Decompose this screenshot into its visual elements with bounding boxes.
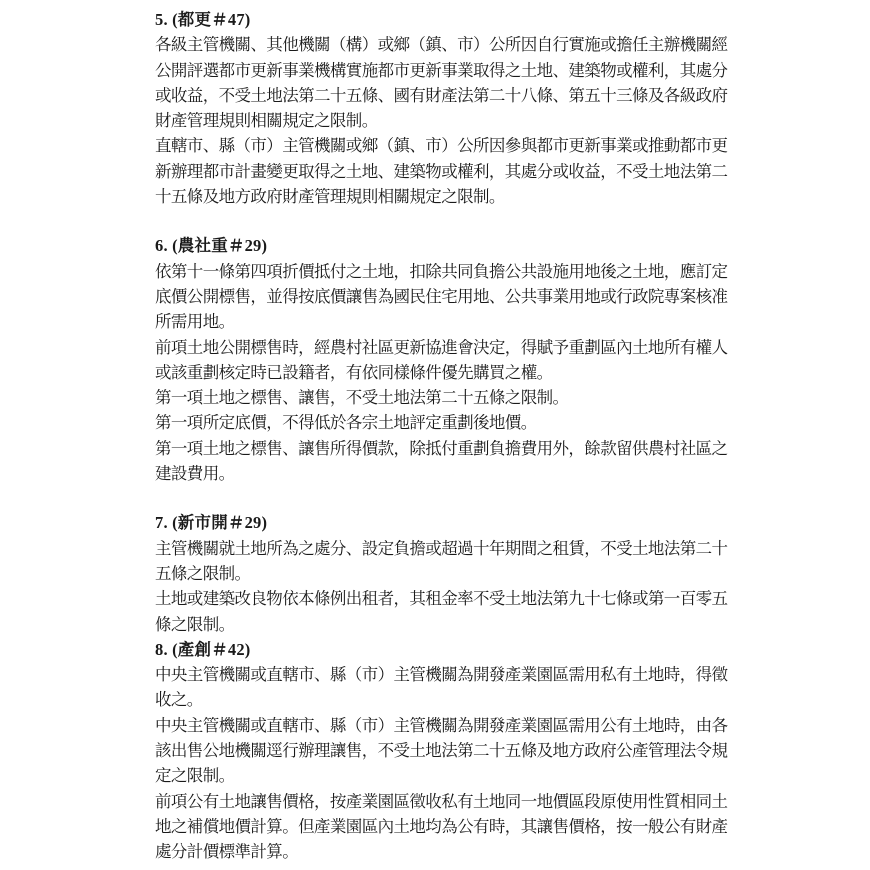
text-line: 前項土地公開標售時，經農村社區更新協進會決定，得賦予重劃區內土地所有權人 — [155, 335, 740, 360]
text-line: 土地或建築改良物依本條例出租者，其租金率不受土地法第九十七條或第一百零五 — [155, 586, 740, 611]
text-line: 財產管理規則相關規定之限制。 — [155, 108, 740, 133]
text-line: 處分計價標準計算。 — [155, 839, 740, 864]
section-heading: 5. (都更＃47) — [155, 7, 740, 32]
section-7: 7. (新市開＃29) 主管機關就土地所為之處分、設定負擔或超過十年期間之租賃，… — [155, 510, 740, 636]
text-line: 新辦理都市計畫變更取得之土地、建築物或權利，其處分或收益，不受土地法第二 — [155, 159, 740, 184]
section-heading: 6. (農社重＃29) — [155, 233, 740, 258]
text-line: 各級主管機關、其他機關（構）或鄉（鎮、市）公所因自行實施或擔任主辦機關經 — [155, 32, 740, 57]
text-line: 第一項土地之標售、讓售所得價款，除抵付重劃負擔費用外，餘款留供農村社區之 — [155, 436, 740, 461]
text-line: 收之。 — [155, 687, 740, 712]
text-line: 第一項土地之標售、讓售，不受土地法第二十五條之限制。 — [155, 385, 740, 410]
text-line: 十五條及地方政府財產管理規則相關規定之限制。 — [155, 184, 740, 209]
text-line: 該出售公地機關逕行辦理讓售，不受土地法第二十五條及地方政府公產管理法令規 — [155, 738, 740, 763]
text-line: 直轄市、縣（市）主管機關或鄉（鎮、市）公所因參與都市更新事業或推動都市更 — [155, 133, 740, 158]
section-heading: 8. (產創＃42) — [155, 637, 740, 662]
section-heading: 7. (新市開＃29) — [155, 510, 740, 535]
text-line: 中央主管機關或直轄市、縣（市）主管機關為開發產業園區需用公有土地時，由各 — [155, 713, 740, 738]
section-6: 6. (農社重＃29) 依第十一條第四項折價抵付之土地，扣除共同負擔公共設施用地… — [155, 233, 740, 486]
section-8: 8. (產創＃42) 中央主管機關或直轄市、縣（市）主管機關為開發產業園區需用私… — [155, 637, 740, 865]
text-line: 公開評選都市更新事業機構實施都市更新事業取得之土地、建築物或權利，其處分 — [155, 58, 740, 83]
text-line: 前項公有土地讓售價格，按產業園區徵收私有土地同一地價區段原使用性質相同土 — [155, 789, 740, 814]
text-line: 建設費用。 — [155, 461, 740, 486]
section-5: 5. (都更＃47) 各級主管機關、其他機關（構）或鄉（鎮、市）公所因自行實施或… — [155, 7, 740, 209]
text-line: 第一項所定底價，不得低於各宗土地評定重劃後地價。 — [155, 410, 740, 435]
text-line: 定之限制。 — [155, 763, 740, 788]
text-line: 或該重劃核定時已設籍者，有依同樣條件優先購買之權。 — [155, 360, 740, 385]
document-page: 5. (都更＃47) 各級主管機關、其他機關（構）或鄉（鎮、市）公所因自行實施或… — [155, 7, 740, 865]
text-line: 條之限制。 — [155, 612, 740, 637]
text-line: 中央主管機關或直轄市、縣（市）主管機關為開發產業園區需用私有土地時，得徵 — [155, 662, 740, 687]
text-line: 底價公開標售，並得按底價讓售為國民住宅用地、公共事業用地或行政院專案核准 — [155, 284, 740, 309]
text-line: 依第十一條第四項折價抵付之土地，扣除共同負擔公共設施用地後之土地，應訂定 — [155, 259, 740, 284]
text-line: 主管機關就土地所為之處分、設定負擔或超過十年期間之租賃，不受土地法第二十 — [155, 536, 740, 561]
text-line: 五條之限制。 — [155, 561, 740, 586]
text-line: 或收益，不受土地法第二十五條、國有財產法第二十八條、第五十三條及各級政府 — [155, 83, 740, 108]
text-line: 地之補償地價計算。但產業園區內土地均為公有時，其讓售價格，按一般公有財產 — [155, 814, 740, 839]
text-line: 所需用地。 — [155, 309, 740, 334]
